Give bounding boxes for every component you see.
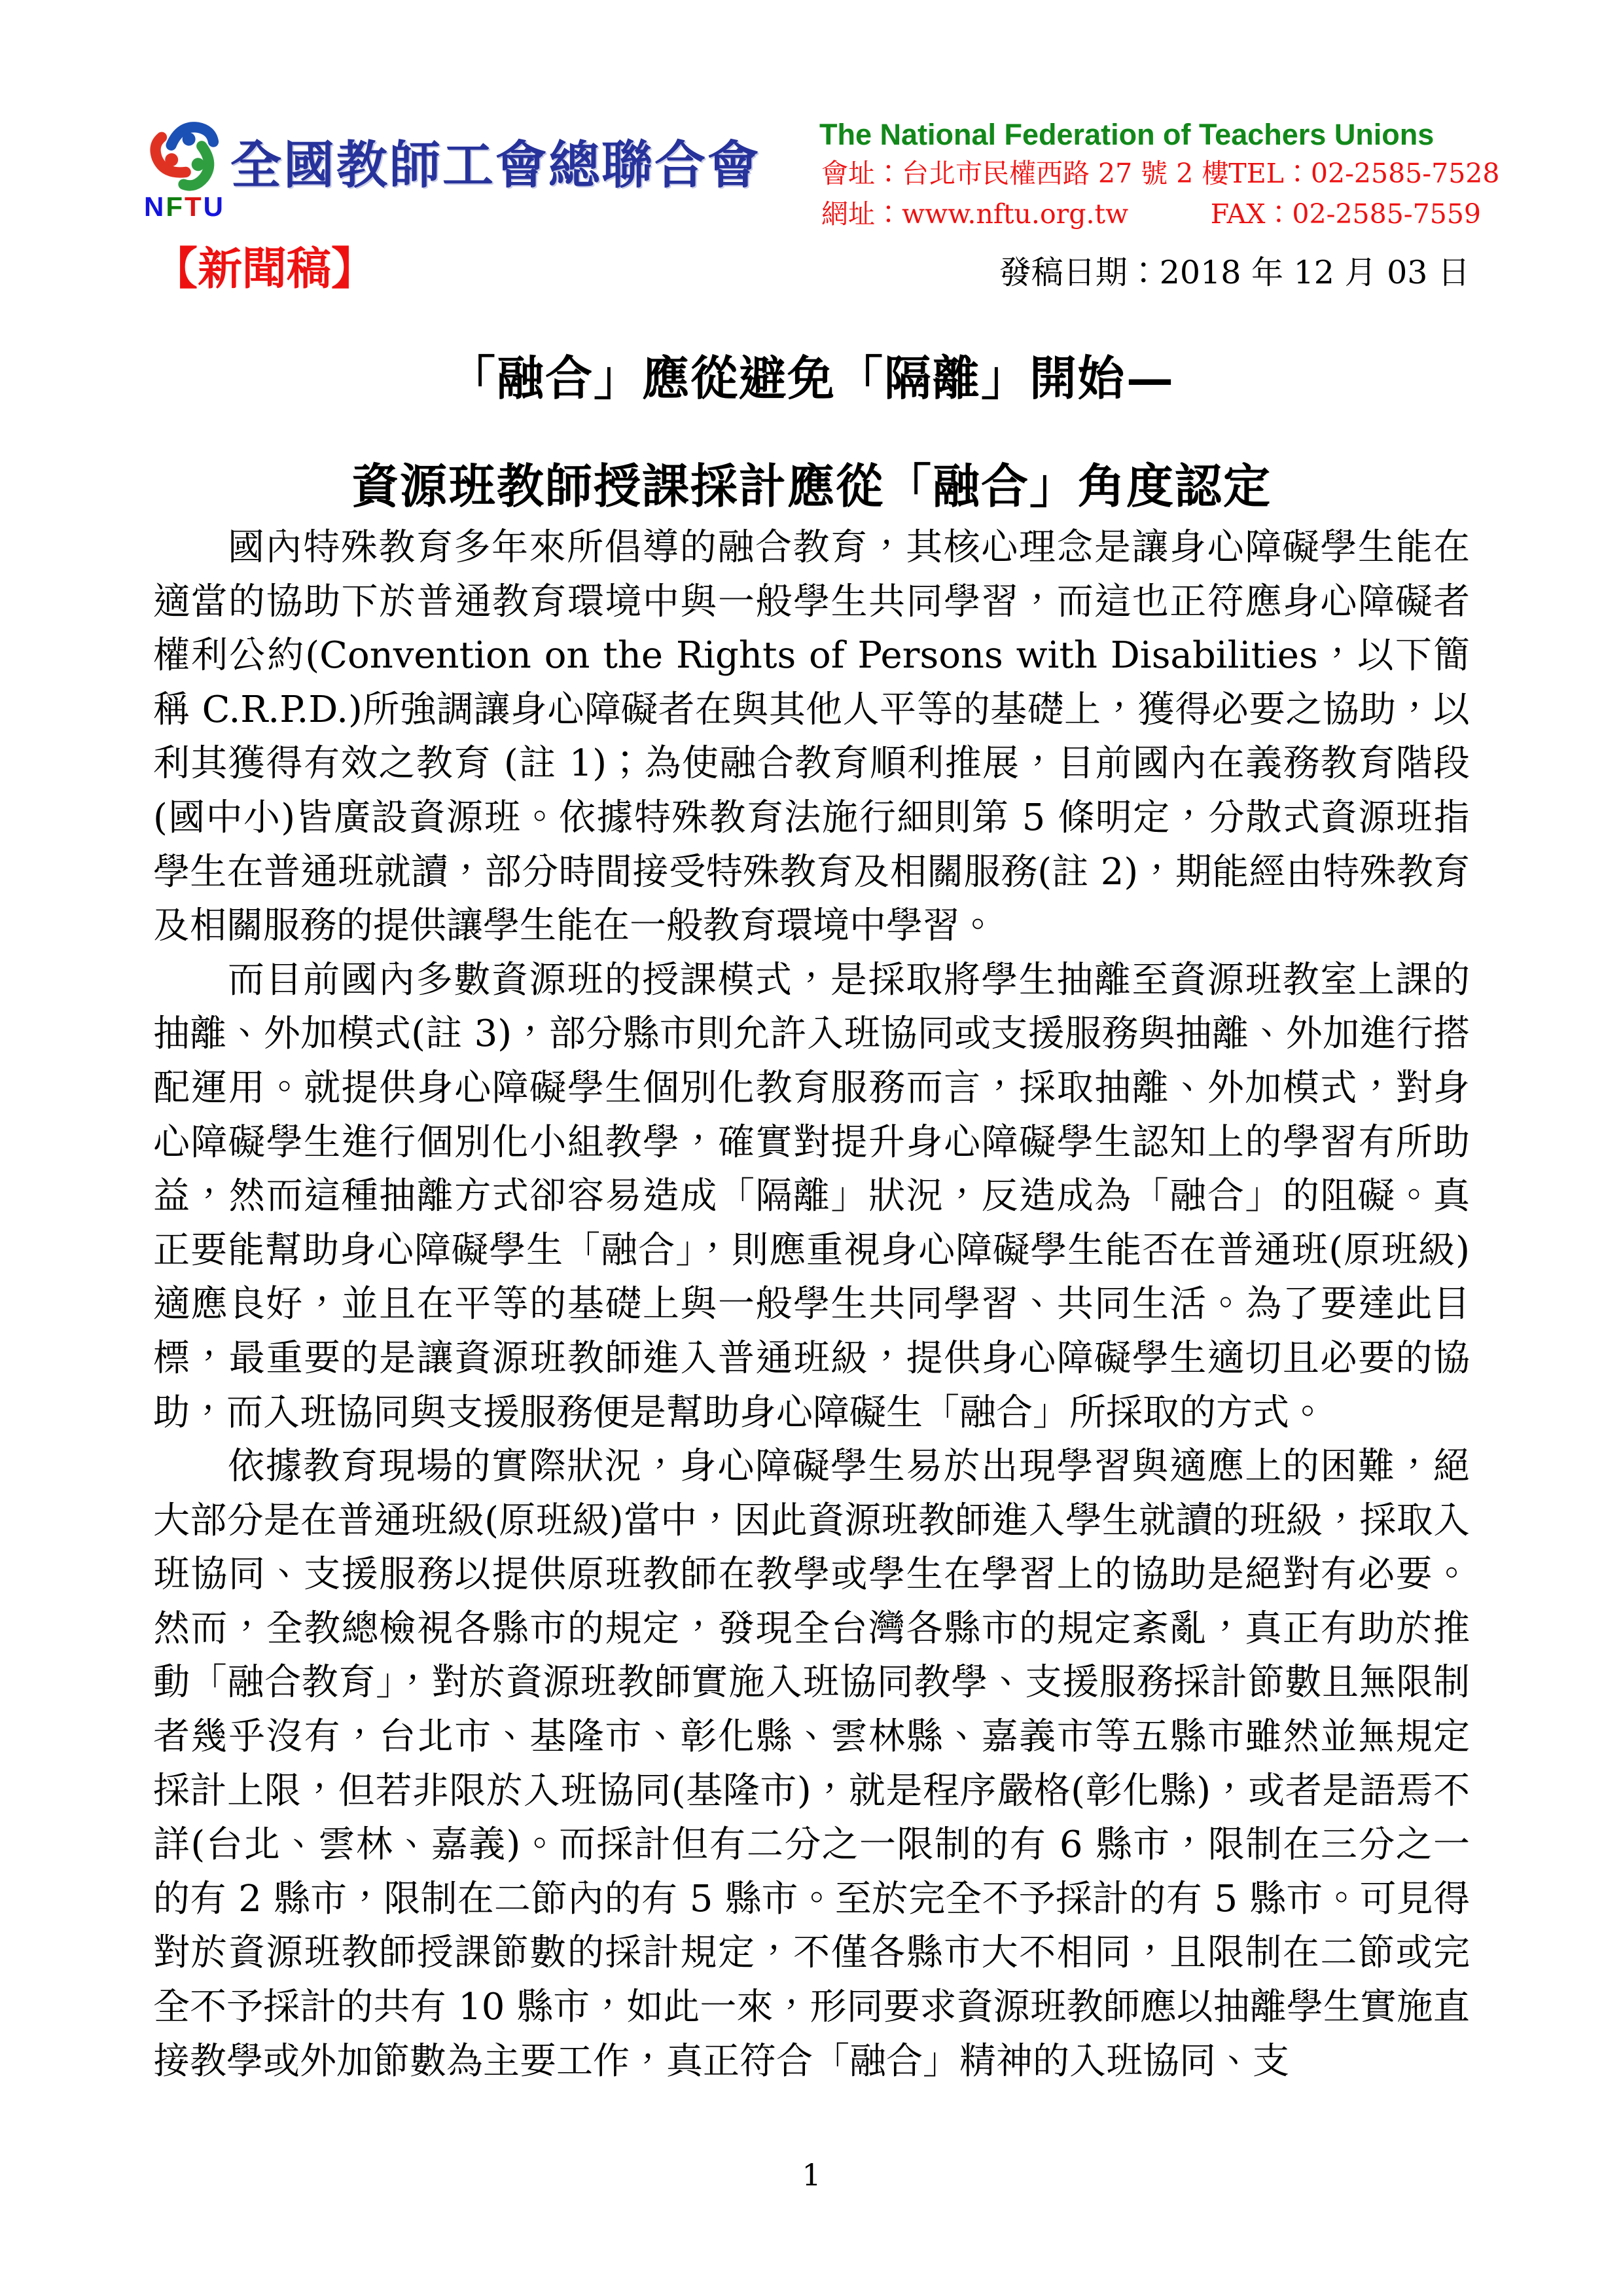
paragraph-3: 依據教育現場的實際狀況，身心障礙學生易於出現學習與適應上的困難，絕大部分是在普通…: [153, 1440, 1470, 2089]
press-release-page: NFTU 全國教師工會總聯合會 The National Federation …: [0, 0, 1623, 2296]
meta-row: 【新聞稿】 發稿日期：2018 年 12 月 03 日: [153, 243, 1470, 295]
nftu-letter-n: N: [144, 191, 166, 222]
fax-text: FAX：02-2585-7559: [1211, 200, 1481, 229]
nftu-logo-icon: [145, 108, 227, 194]
headline-line-2: 資源班教師授課採計應從「融合」角度認定: [0, 448, 1623, 516]
nftu-acronym: NFTU: [144, 193, 229, 221]
paragraph-1: 國內特殊教育多年來所倡導的融合教育，其核心理念是讓身心障礙學生能在適當的協助下於…: [153, 521, 1470, 954]
contact-row-2: 網址：www.nftu.org.tw FAX：02-2585-7559: [821, 200, 1481, 229]
nftu-letter-f: F: [166, 191, 185, 222]
nftu-letter-u: U: [204, 191, 225, 222]
contact-row-1: 會址：台北市民權西路 27 號 2 樓 TEL：02-2585-7528: [821, 159, 1481, 188]
headline-line-1: 「融合」應從避免「隔離」開始—: [0, 340, 1623, 408]
tel-text: TEL：02-2585-7528: [1228, 159, 1499, 188]
release-date: 發稿日期：2018 年 12 月 03 日: [999, 255, 1470, 295]
press-release-tag: 【新聞稿】: [153, 243, 376, 295]
organization-name: 全國教師工會總聯合會: [230, 124, 715, 198]
document-body: 國內特殊教育多年來所倡導的融合教育，其核心理念是讓身心障礙學生能在適當的協助下於…: [153, 521, 1470, 2089]
nftu-letter-t: T: [185, 191, 204, 222]
address-text: 會址：台北市民權西路 27 號 2 樓: [821, 159, 1228, 188]
website-text: 網址：www.nftu.org.tw: [821, 200, 1128, 229]
paragraph-2: 而目前國內多數資源班的授課模式，是採取將學生抽離至資源班教室上課的抽離、外加模式…: [153, 954, 1470, 1440]
page-number: 1: [0, 2157, 1623, 2193]
organization-english-name: The National Federation of Teachers Unio…: [819, 118, 1434, 152]
